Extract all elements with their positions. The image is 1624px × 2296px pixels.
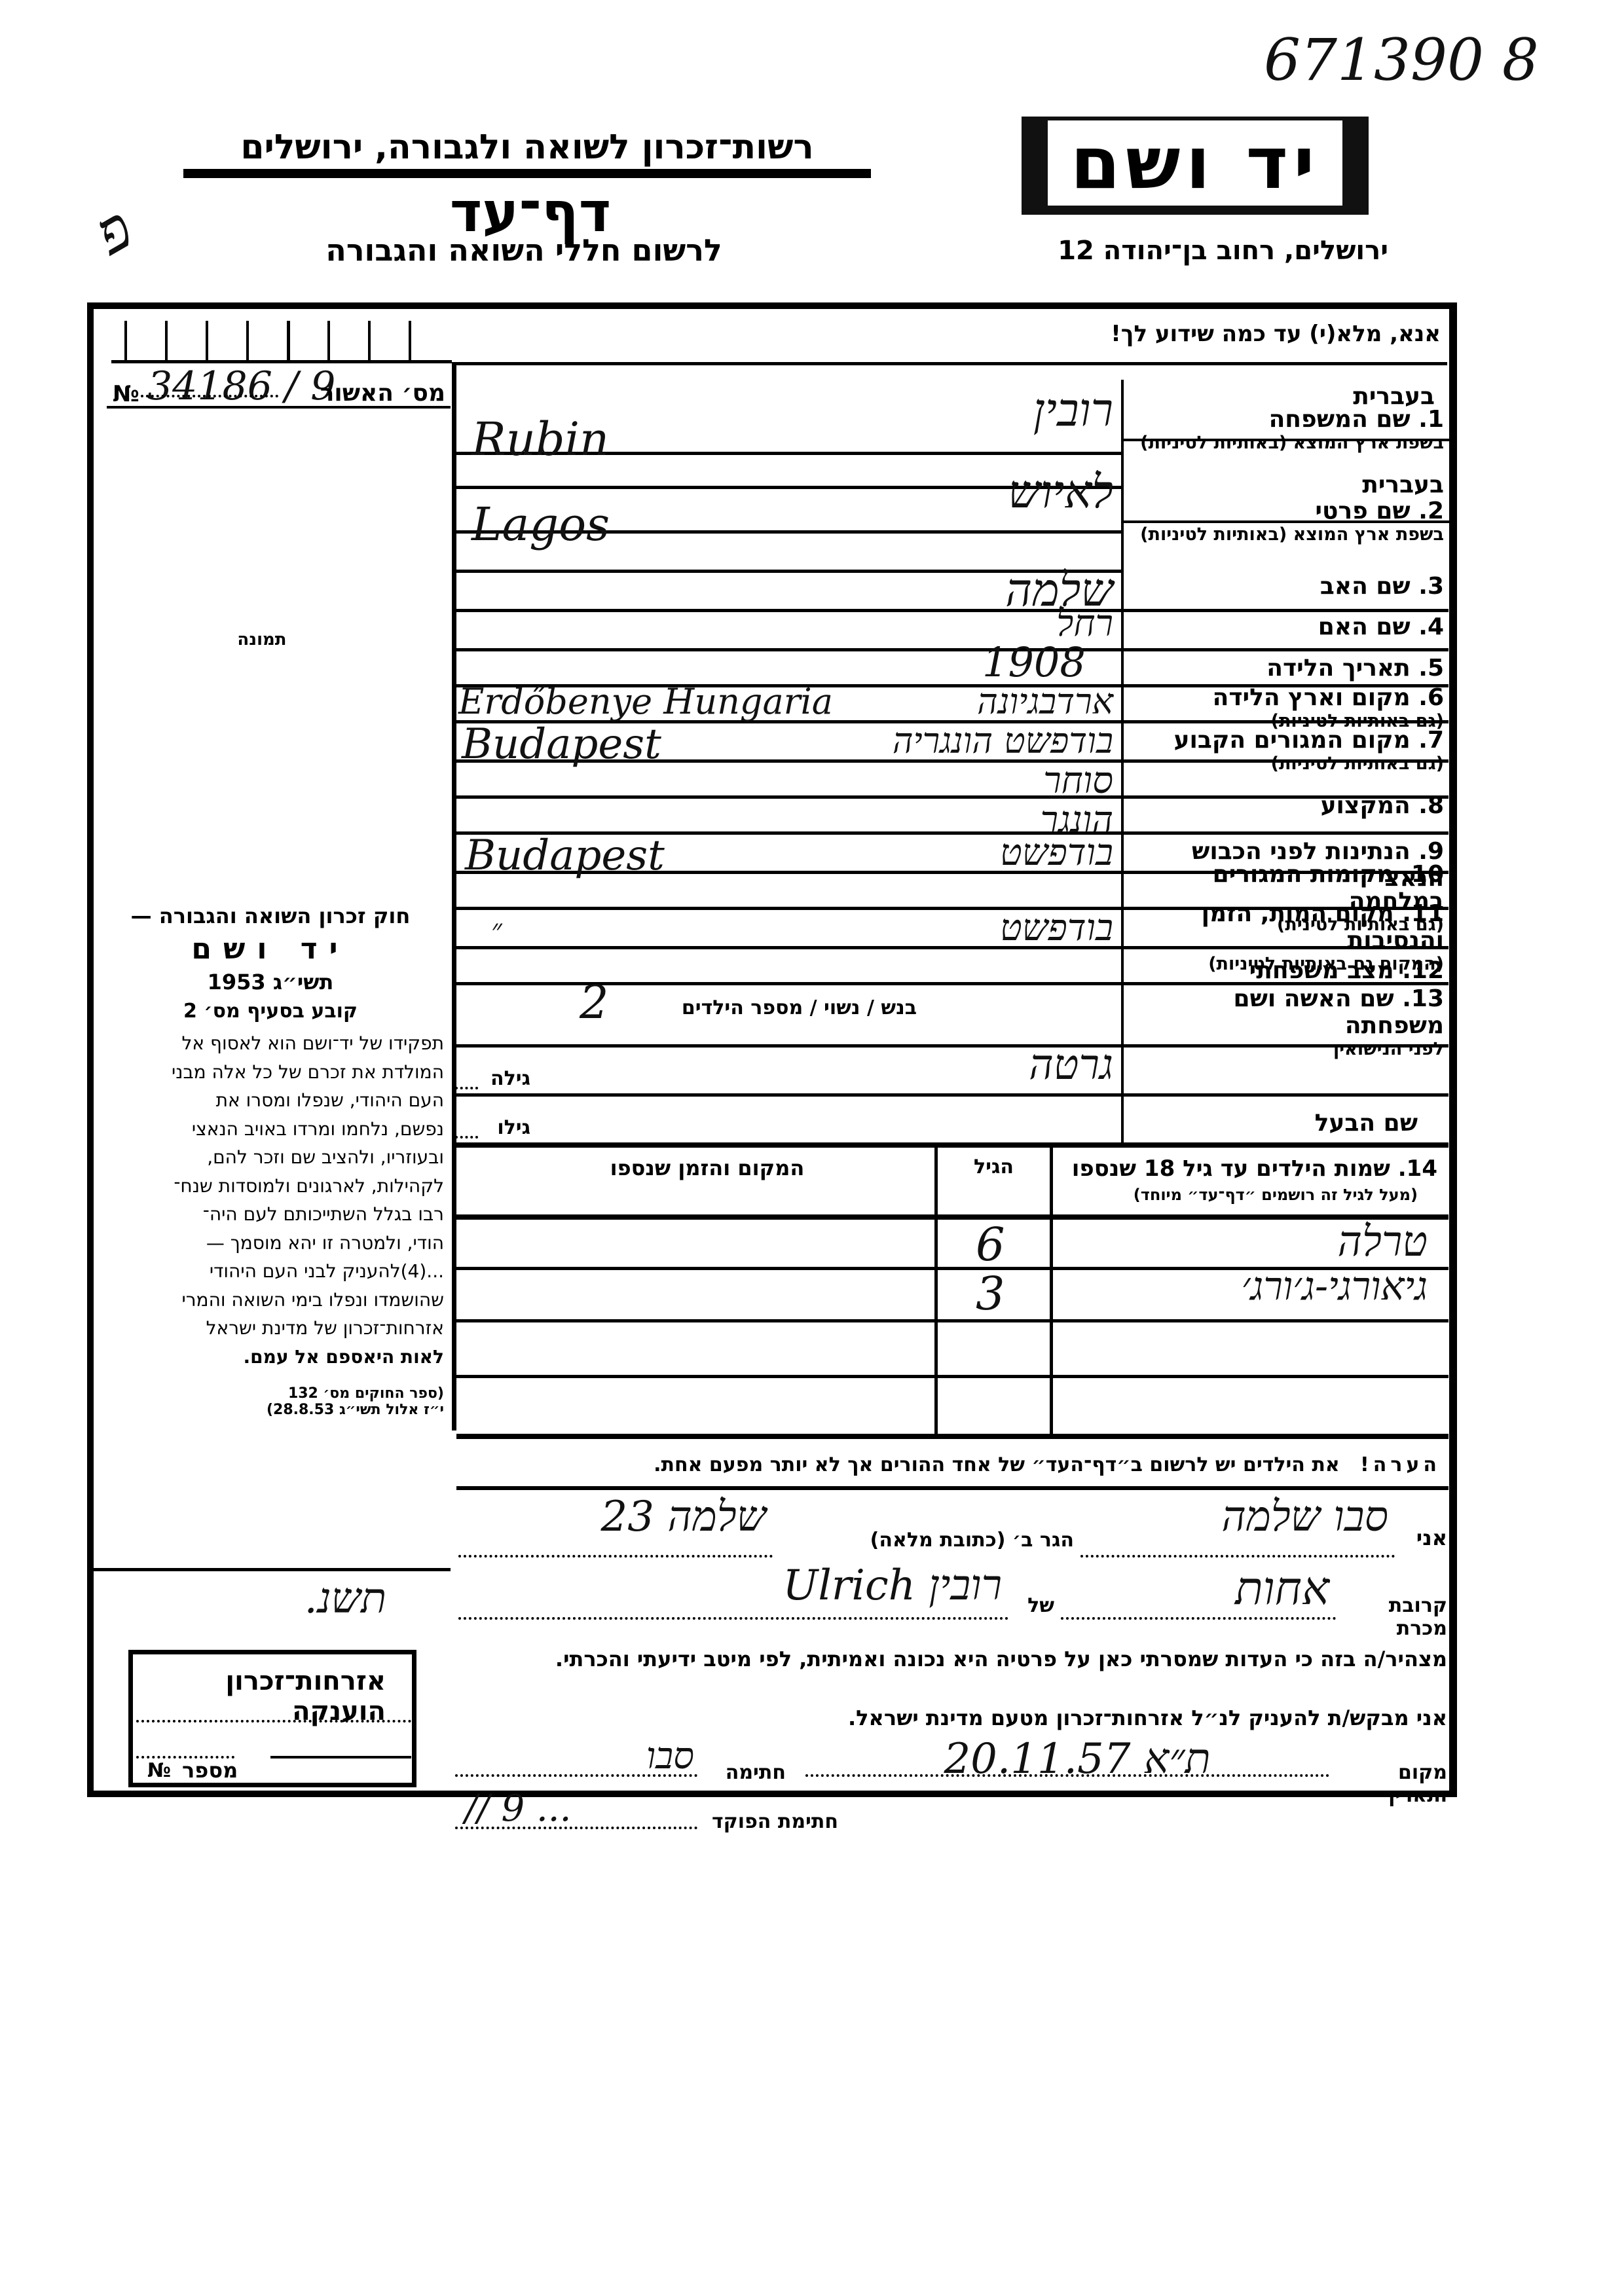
divider xyxy=(183,169,871,178)
field-label: מקום המגורים הקבוע xyxy=(1174,727,1411,754)
declaration-request: אני מבקש/ת להעניק לנ״ל אזרחות־זכרון מטעם… xyxy=(720,1705,1447,1730)
field-hint: בשפת ארץ המוצא (באותיות לטיניות) xyxy=(1140,433,1444,453)
logo-text: יד ושם xyxy=(1048,120,1342,206)
law-line: ובעוזריו, ולהציב שם וזכר להם, xyxy=(97,1143,444,1172)
of-label: של xyxy=(1008,1594,1054,1617)
relation-value[interactable]: אחות xyxy=(1074,1561,1329,1616)
law-title: יד ושם xyxy=(97,932,444,966)
law-line: נפשם, נלחמו ומרדו באויב הנאצי xyxy=(97,1115,444,1144)
declaration-statement: מצהיר/ה בזה כי העדות שמסרתי כאן על פרטיה… xyxy=(458,1647,1447,1671)
field-hint: (גם באותיות לטיניות) xyxy=(1174,754,1444,774)
divider xyxy=(107,406,451,409)
column-divider xyxy=(1121,380,1124,1146)
field-10-value-hebrew[interactable]: בודפשט xyxy=(950,831,1113,874)
signature-label: חתימה xyxy=(707,1761,786,1784)
field-6-title: 6. מקום וארץ הלידה(גם באותיות לטיניות) xyxy=(1213,684,1444,731)
field-8-value[interactable]: סוחר xyxy=(969,759,1113,802)
field-2-title: 2. שם פרטיבשפת ארץ המוצא (באותיות לטיניו… xyxy=(1140,498,1444,545)
law-line: המולדת את זכרם של כל אלה מבני xyxy=(97,1058,444,1087)
law-heading: חוק זכרון השואה והגבורה — xyxy=(97,903,444,928)
note-text: את הילדים יש לרשום ב״דף־העד״ של אחד ההור… xyxy=(654,1453,1340,1476)
field-12-title: 12. מצב משפחתי xyxy=(1249,957,1444,984)
certificate-label: מס׳ האשור xyxy=(288,380,445,407)
field-13-value[interactable]: גרטה xyxy=(917,1041,1113,1089)
field-2-value-hebrew[interactable]: לאיוש xyxy=(969,465,1113,519)
children-place-header: המקום והזמן שנספו xyxy=(511,1156,904,1180)
field-label: שם הבעל xyxy=(1315,1110,1418,1137)
law-year: תשי״ג 1953 xyxy=(97,970,444,994)
law-source: (ספר החוקים מס׳ 132 xyxy=(97,1385,444,1402)
place-date-label: מקום ותאריך xyxy=(1339,1761,1447,1807)
archive-number: 671390 8 xyxy=(1264,26,1539,94)
field-hint: בשפת ארץ המוצא (באותיות לטיניות) xyxy=(1140,524,1444,545)
citizenship-box-title: אזרחות־זכרון הוענקה xyxy=(133,1666,386,1726)
field-7-title: 7. מקום המגורים הקבוע(גם באותיות לטיניות… xyxy=(1174,727,1444,774)
law-line: רבו בגלל השתייכותם לעם היה־ xyxy=(97,1200,444,1229)
field-label: המקצוע xyxy=(1321,792,1411,819)
photo-label: תמונה xyxy=(216,630,308,649)
citizenship-number-label: מספר xyxy=(182,1758,238,1783)
instruction: אנא, מלא(י) עד כמה שידוע לך! xyxy=(458,321,1441,347)
field-label: שמות הילדים עד גיל 18 שנספו xyxy=(1072,1156,1390,1182)
column-divider xyxy=(452,363,456,1430)
field-number: 12. xyxy=(1402,957,1444,984)
field-label: שם האב xyxy=(1320,573,1411,600)
field-label: שם פרטי xyxy=(1315,498,1410,524)
field-label: שם האם xyxy=(1318,613,1411,640)
child-2-name[interactable]: גיאורגי-ג׳ורג׳ xyxy=(1061,1264,1428,1309)
field-number: 4. xyxy=(1418,613,1444,640)
field-5-title: 5. תאריך הלידה xyxy=(1266,655,1444,682)
note-label: הערה! xyxy=(1360,1453,1441,1476)
law-line: הודי, ולמטרה זו יהא מוסמך — xyxy=(97,1229,444,1258)
law-line: שהושמדו ונפלו בימי השואה והמרי xyxy=(97,1286,444,1315)
field-number: 11. xyxy=(1402,900,1444,927)
form-subtitle: לרשום חללי השואה והגבורה xyxy=(229,232,819,268)
field-5-value[interactable]: 1908 xyxy=(982,638,1086,686)
field-1-value-hebrew[interactable]: רובין xyxy=(969,383,1113,437)
field-number: 10. xyxy=(1402,861,1444,888)
officer-signature-label: חתימת הפוקד xyxy=(707,1810,838,1833)
child-1-age[interactable]: 6 xyxy=(976,1218,1005,1271)
no-symbol: № xyxy=(147,1759,171,1782)
officer-signature-value[interactable]: // 9 ... xyxy=(465,1787,571,1830)
field-label: שם המשפחה xyxy=(1269,406,1411,433)
field-label: מצב משפחתי xyxy=(1249,957,1394,984)
law-line: העם היהודי, שנפלו ומסרו את xyxy=(97,1086,444,1115)
yad-vashem-logo: יד ושם xyxy=(1022,117,1369,215)
field-11-value-latin[interactable]: ״ xyxy=(491,913,502,947)
wife-age-label: גילה xyxy=(478,1067,530,1090)
hebrew-hint: בעברית xyxy=(1362,471,1444,498)
field-number: 3. xyxy=(1418,573,1444,600)
field-number: 13. xyxy=(1402,985,1444,1012)
field-2-value-latin[interactable]: Lagos xyxy=(471,498,610,551)
divider xyxy=(94,1568,451,1571)
note: הערה! את הילדים יש לרשום ב״דף־העד״ של אח… xyxy=(458,1453,1441,1476)
field-11-value-hebrew[interactable]: בודפשט xyxy=(950,907,1113,949)
field-4-title: 4. שם האם xyxy=(1318,613,1444,640)
field-label: תאריך הלידה xyxy=(1266,655,1410,682)
law-line: לאות היאספם אל עמם. xyxy=(97,1343,444,1372)
address-label: הגר ב׳ (כתובת מלאה) xyxy=(779,1529,1074,1552)
margin-note: תשנ. xyxy=(268,1575,386,1623)
law-line: לקהילות, לארגונים ולמוסדות שנח־ xyxy=(97,1172,444,1201)
field-number: 2. xyxy=(1418,498,1444,524)
law-clause: קובע בסעיף מס׳ 2 xyxy=(97,1000,444,1023)
law-line: אזרחות־זכרון של מדינת ישראל xyxy=(97,1314,444,1343)
field-hint: לפני הנישואין xyxy=(1126,1039,1444,1059)
field-number: 6. xyxy=(1418,684,1444,711)
field-7-value-latin[interactable]: Budapest xyxy=(462,720,661,769)
field-10-value-latin[interactable]: Budapest xyxy=(465,831,665,880)
column-divider xyxy=(1050,1148,1053,1439)
field-6-value-latin[interactable]: Erdőbenye Hungaria xyxy=(458,681,833,722)
field-number: 8. xyxy=(1418,792,1444,819)
field-7-value-hebrew[interactable]: בודפשט הונגריה xyxy=(819,720,1113,761)
declarant-name[interactable]: סבו שלמה xyxy=(1100,1493,1388,1541)
law-source-date: י״ז אלול תשי״ג 28.8.53) xyxy=(97,1402,444,1418)
child-1-name[interactable]: טרלה xyxy=(1179,1218,1428,1266)
field-number: 14. xyxy=(1398,1156,1437,1182)
citizenship-box: אזרחות־זכרון הוענקה № מספר xyxy=(128,1650,416,1787)
of-value[interactable]: רובין Ulrich xyxy=(511,1561,1002,1610)
law-line: תפקידו של יד־ושם הוא לאסוף אל xyxy=(97,1029,444,1058)
law-panel: חוק זכרון השואה והגבורה — יד ושם תשי״ג 1… xyxy=(97,903,444,1418)
signature-value[interactable]: סבו xyxy=(517,1735,694,1777)
field-number: 1. xyxy=(1418,406,1444,433)
law-body: תפקידו של יד־ושם הוא לאסוף אל המולדת את … xyxy=(97,1029,444,1371)
field-13-title: 13. שם האשה ושם משפחתהלפני הנישואין xyxy=(1126,985,1444,1059)
no-symbol: № xyxy=(113,381,139,407)
declarant-label: אני xyxy=(1401,1525,1447,1550)
field-1-title: 1. שם המשפחהבשפת ארץ המוצא (באותיות לטינ… xyxy=(1140,406,1444,453)
children-age-header: הגיל xyxy=(940,1156,1048,1178)
husband-title: שם הבעל xyxy=(1315,1110,1418,1137)
field-12-children-count[interactable]: 2 xyxy=(580,975,609,1029)
marital-options: בנש / נשוי / מספר הילדים xyxy=(629,996,917,1019)
relative-label: קרובת מכרת xyxy=(1342,1594,1447,1640)
field-2-hebrew: בעברית xyxy=(1362,471,1444,498)
law-line: ...(4)להעניק לבני העם היהודי xyxy=(97,1257,444,1286)
children-title: 14. שמות הילדים עד גיל 18 שנספו (מעל לגי… xyxy=(1058,1156,1437,1204)
field-number: 5. xyxy=(1418,655,1444,682)
field-6-value-hebrew[interactable]: ארדבגיונה xyxy=(851,681,1113,722)
field-1-value-latin[interactable]: Rubin xyxy=(471,412,609,466)
field-number: 7. xyxy=(1418,727,1444,754)
child-2-age[interactable]: 3 xyxy=(976,1267,1005,1321)
certificate-boxes xyxy=(118,321,445,360)
column-divider xyxy=(934,1148,938,1439)
husband-age-label: גילו xyxy=(478,1116,530,1139)
field-hint: (מעל לגיל זה רושמים ״דף־עד״ מיוחד) xyxy=(1058,1186,1418,1204)
divider xyxy=(452,362,1447,365)
field-8-title: 8. המקצוע xyxy=(1321,792,1444,819)
field-3-title: 3. שם האב xyxy=(1320,573,1444,600)
field-label: מקום וארץ הלידה xyxy=(1213,684,1411,711)
address: ירושלים, רחוב בן־יהודה 12 xyxy=(1022,236,1388,266)
authority-name: רשות־זכרון לשואה ולגבורה, ירושלים xyxy=(177,128,877,167)
address-value[interactable]: שלמה 23 xyxy=(471,1493,766,1541)
handwritten-mark: פ xyxy=(83,193,144,268)
field-labels: בעברית 1. שם המשפחהבשפת ארץ המוצא (באותי… xyxy=(1126,376,1444,1146)
